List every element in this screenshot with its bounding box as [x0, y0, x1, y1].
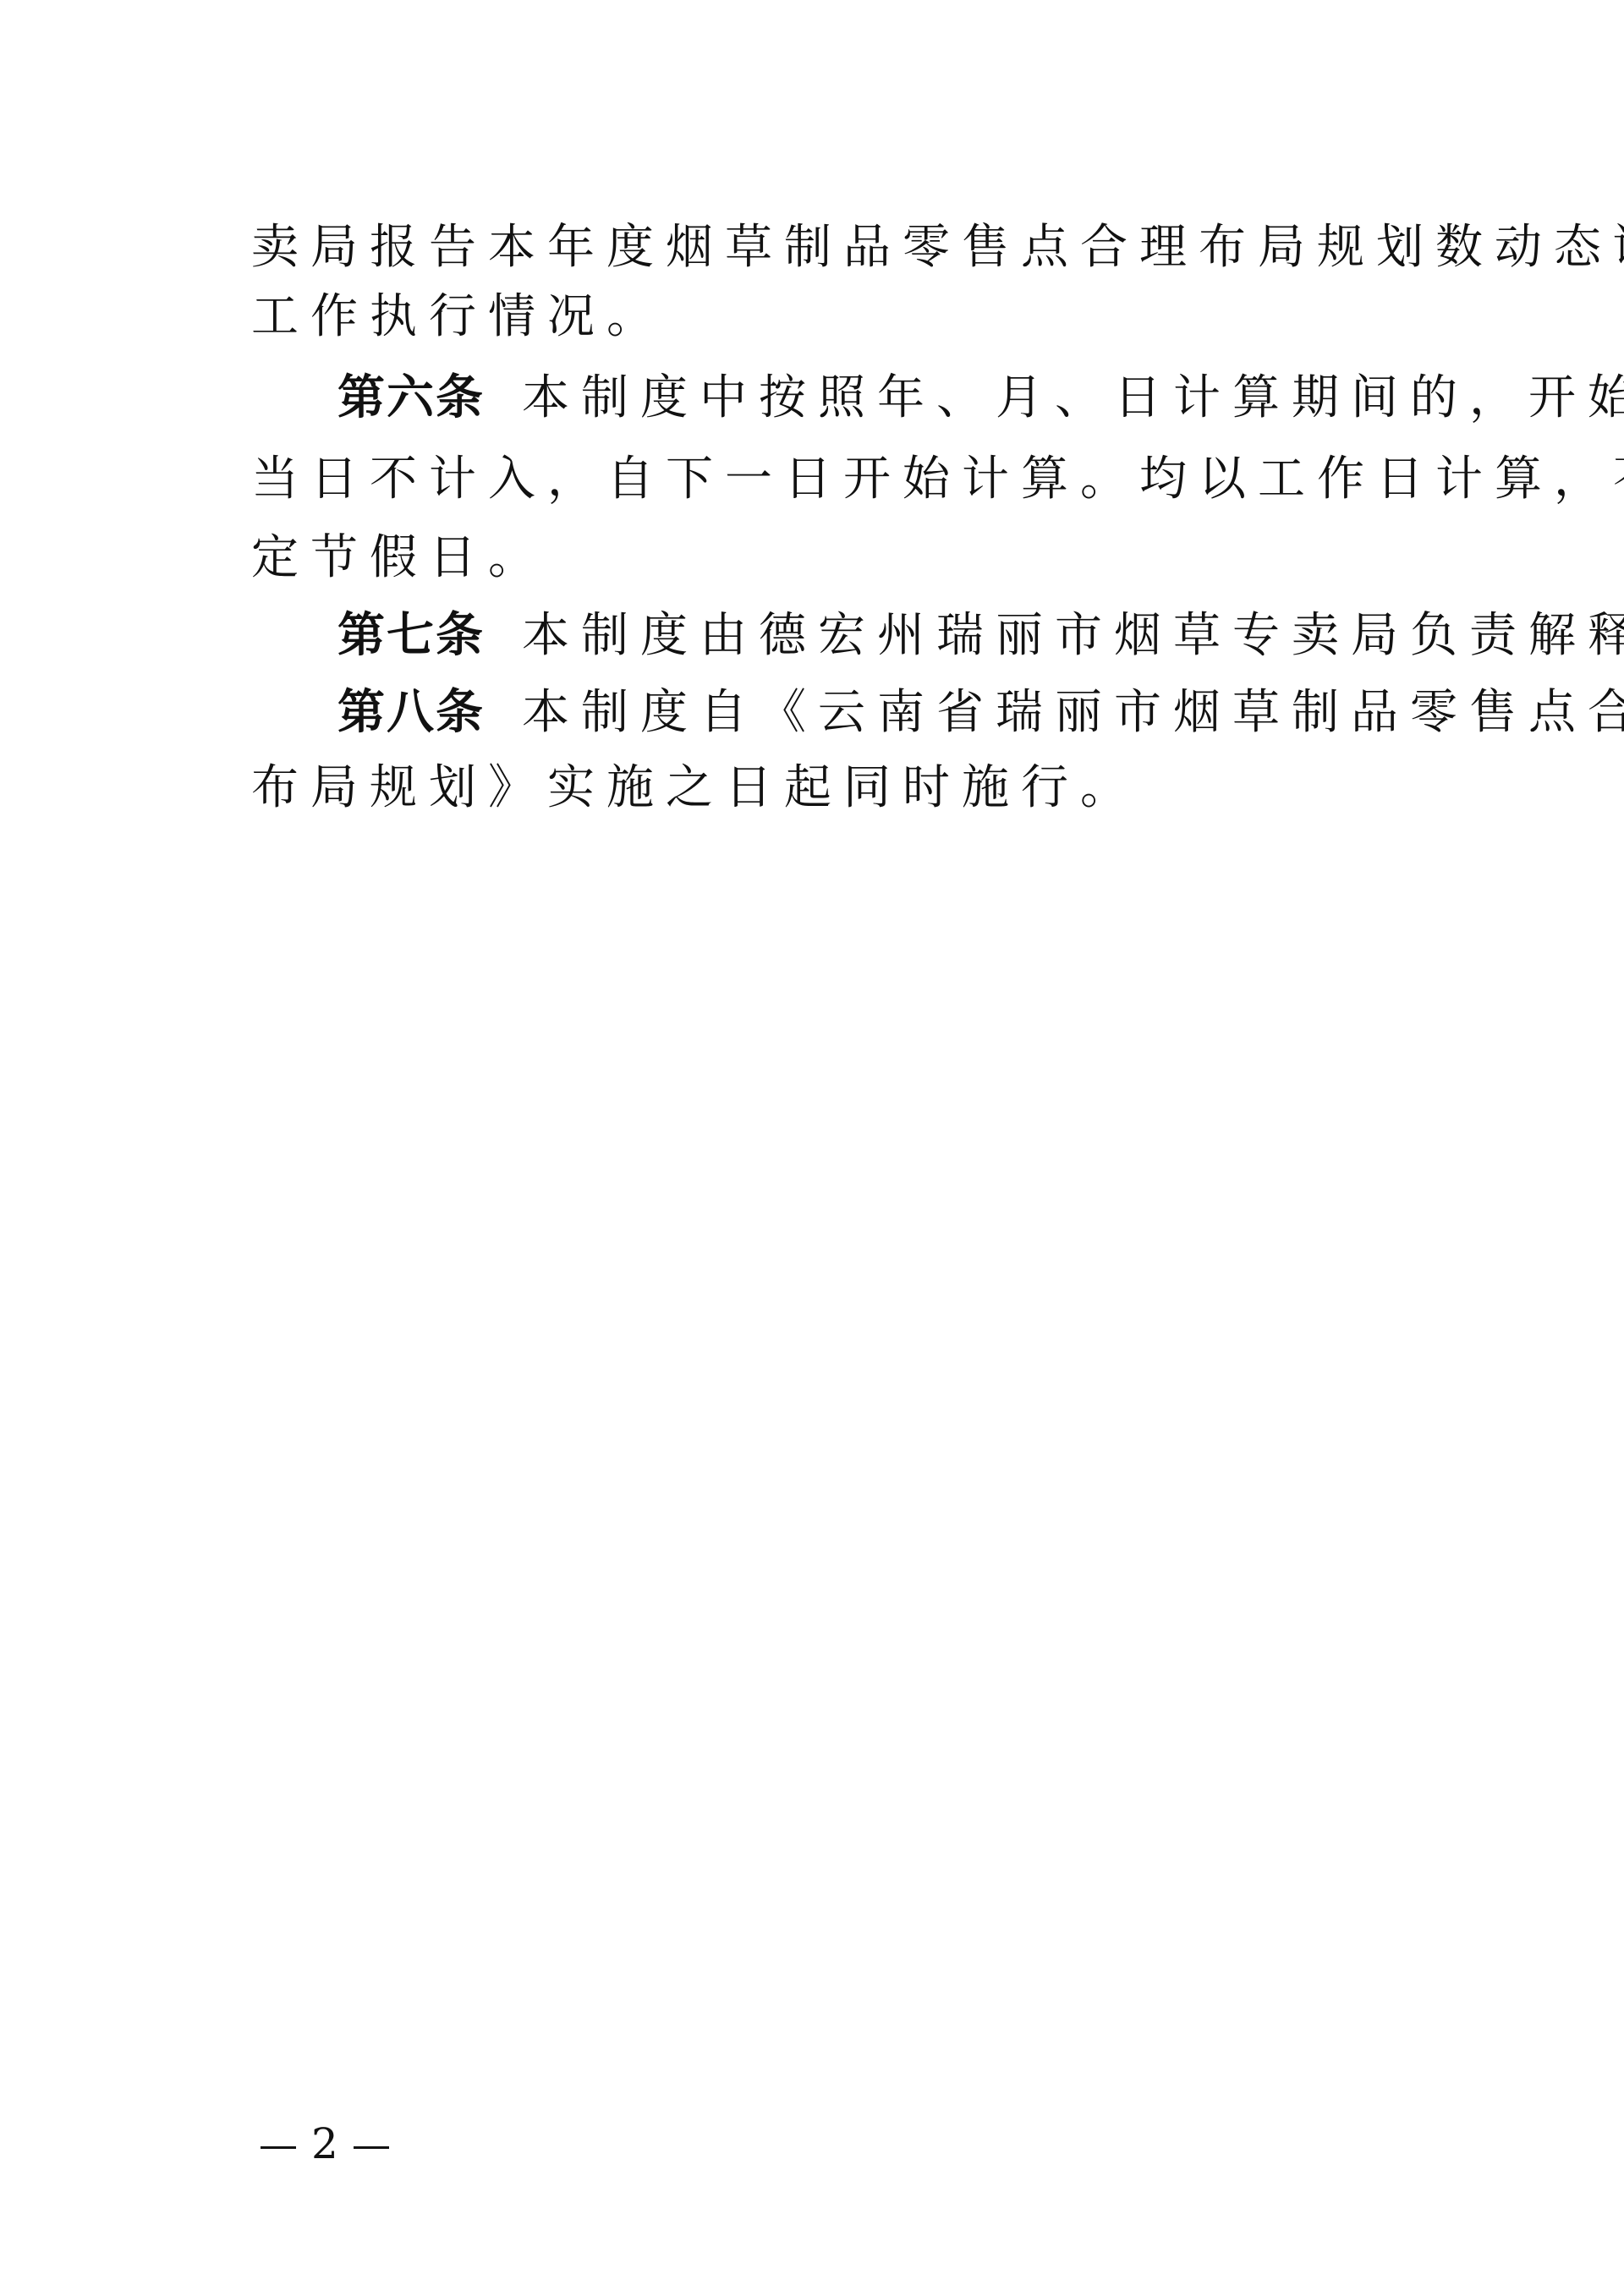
page-number: 2	[311, 2119, 338, 2168]
text-line: 当日不计入，自下一日开始计算。均以工作日计算，不含法	[251, 446, 1393, 513]
article-heading: 第六条	[337, 370, 485, 425]
article-heading: 第八条	[337, 685, 485, 740]
text-line: 本制度自《云南省瑞丽市烟草制品零售点合理	[522, 685, 1624, 740]
text-line: 本制度中按照年、月、日计算期间的，开始的	[522, 370, 1624, 425]
footer-dash-left	[261, 2146, 296, 2149]
article-6-line: 第六条本制度中按照年、月、日计算期间的，开始的	[337, 364, 1479, 432]
text-line: 工作执行情况。	[251, 283, 1393, 351]
document-page: 卖局报告本年度烟草制品零售点合理布局规划数动态调整 工作执行情况。 第六条本制度…	[0, 0, 1624, 2296]
text-line: 本制度由德宏州瑞丽市烟草专卖局负责解释。	[522, 608, 1624, 663]
text-line: 卖局报告本年度烟草制品零售点合理布局规划数动态调整	[251, 214, 1393, 282]
footer-dash-right	[354, 2146, 389, 2149]
article-7-line: 第七条本制度由德宏州瑞丽市烟草专卖局负责解释。	[337, 602, 1479, 670]
text-line: 布局规划》实施之日起同时施行。	[251, 754, 1393, 822]
text-line: 定节假日。	[251, 524, 1393, 592]
article-heading: 第七条	[337, 608, 485, 663]
page-footer: 2	[245, 2118, 404, 2169]
article-8-line: 第八条本制度自《云南省瑞丽市烟草制品零售点合理	[337, 679, 1479, 747]
